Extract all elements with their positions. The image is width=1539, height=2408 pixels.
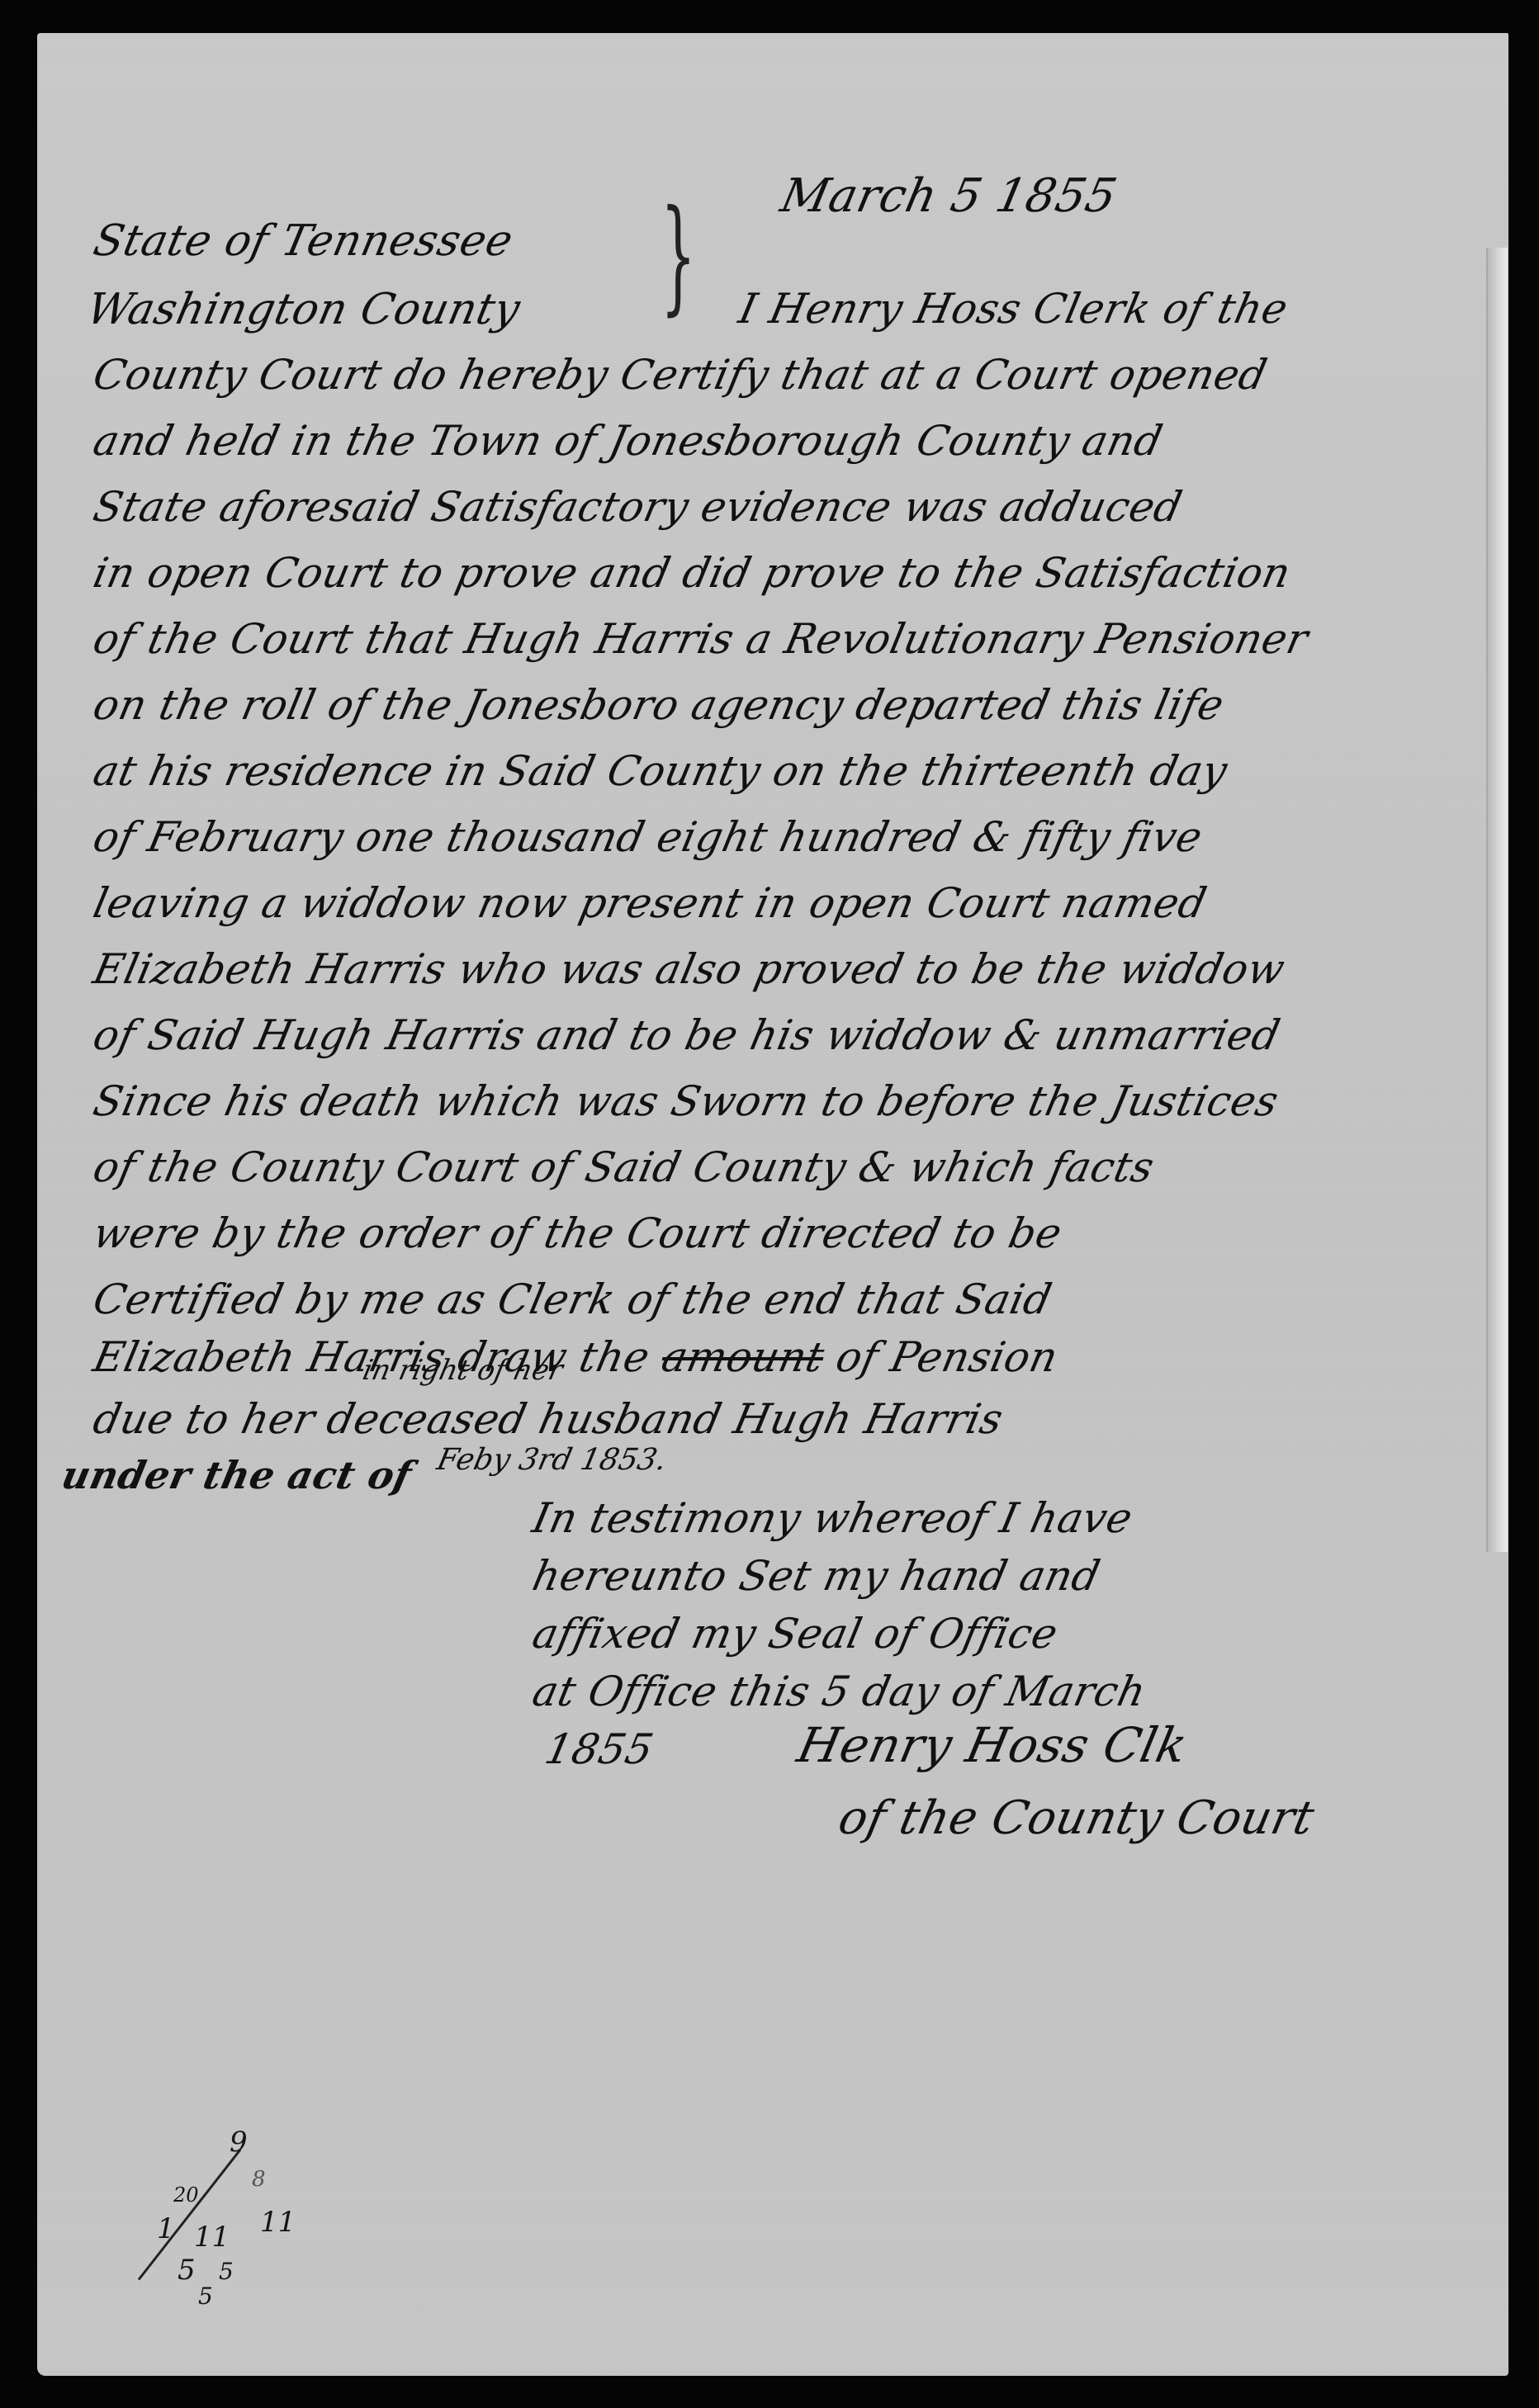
- body-line-4: State aforesaid Satisfactory evidence wa…: [89, 483, 1186, 531]
- notation-right-upper: 8: [252, 2167, 266, 2192]
- attestation-year: 1855: [541, 1725, 658, 1773]
- body-line-7: on the roll of the Jonesboro agency depa…: [89, 681, 1229, 729]
- notation-lowest-left: 5: [198, 2283, 213, 2310]
- paper-fold-edge: [1486, 248, 1508, 1552]
- body-line-2: County Court do hereby Certify that at a…: [89, 351, 1271, 399]
- body-line-16: Certified by me as Clerk of the end that…: [89, 1275, 1056, 1323]
- notation-lowest-right: 5: [219, 2258, 234, 2285]
- body-line-10: leaving a widdow now present in open Cou…: [89, 879, 1211, 927]
- signature-name: Henry Hoss Clk: [793, 1717, 1192, 1773]
- after-strike-text: of Pension: [832, 1333, 1063, 1381]
- attestation-line-3: affixed my Seal of Office: [528, 1610, 1063, 1658]
- body-line-14: of the County Court of Said County & whi…: [89, 1143, 1158, 1191]
- notation-left-number: 1: [157, 2212, 175, 2245]
- notation-upper-fraction: 20: [173, 2183, 199, 2207]
- county-heading: Washington County: [83, 285, 524, 334]
- body-line-8: at his residence in Said County on the t…: [89, 747, 1232, 795]
- state-heading: State of Tennessee: [89, 216, 518, 266]
- body-line-13: Since his death which was Sworn to befor…: [89, 1077, 1283, 1125]
- signature-title: of the County Court: [834, 1791, 1319, 1845]
- interlinear-insert: in right of her: [360, 1354, 566, 1387]
- body-line-3: and held in the Town of Jonesborough Cou…: [89, 417, 1167, 465]
- body-line-1: I Henry Hoss Clerk of the: [735, 285, 1292, 333]
- body-line-12: of Said Hugh Harris and to be his widdow…: [89, 1011, 1285, 1059]
- body-line-15: were by the order of the Court directed …: [89, 1209, 1066, 1257]
- act-date-insert: Feby 3rd 1853.: [434, 1443, 670, 1477]
- document-date: March 5 1855: [776, 169, 1121, 223]
- attestation-line-4: at Office this 5 day of March: [528, 1668, 1150, 1715]
- body-line-9: of February one thousand eight hundred &…: [89, 813, 1207, 861]
- body-line-5: in open Court to prove and did prove to …: [89, 549, 1295, 597]
- notation-right: 11: [260, 2206, 296, 2239]
- attestation-line-1: In testimony whereof I have: [528, 1494, 1137, 1542]
- notation-top: 9: [230, 2126, 248, 2159]
- body-line-17: Elizabeth Harris draw the amount of Pens…: [89, 1333, 1063, 1381]
- notation-lower: 5: [178, 2254, 196, 2287]
- struck-word: amount: [657, 1333, 828, 1381]
- body-line-11: Elizabeth Harris who was also proved to …: [89, 945, 1289, 993]
- brace-mark: }: [661, 194, 696, 318]
- notation-middle: 11: [194, 2221, 230, 2254]
- body-line-6: of the Court that Hugh Harris a Revoluti…: [89, 615, 1313, 663]
- attestation-line-2: hereunto Set my hand and: [528, 1552, 1105, 1600]
- body-line-18: due to her deceased husband Hugh Harris: [89, 1395, 1007, 1443]
- body-line-19: under the act of: [58, 1453, 416, 1497]
